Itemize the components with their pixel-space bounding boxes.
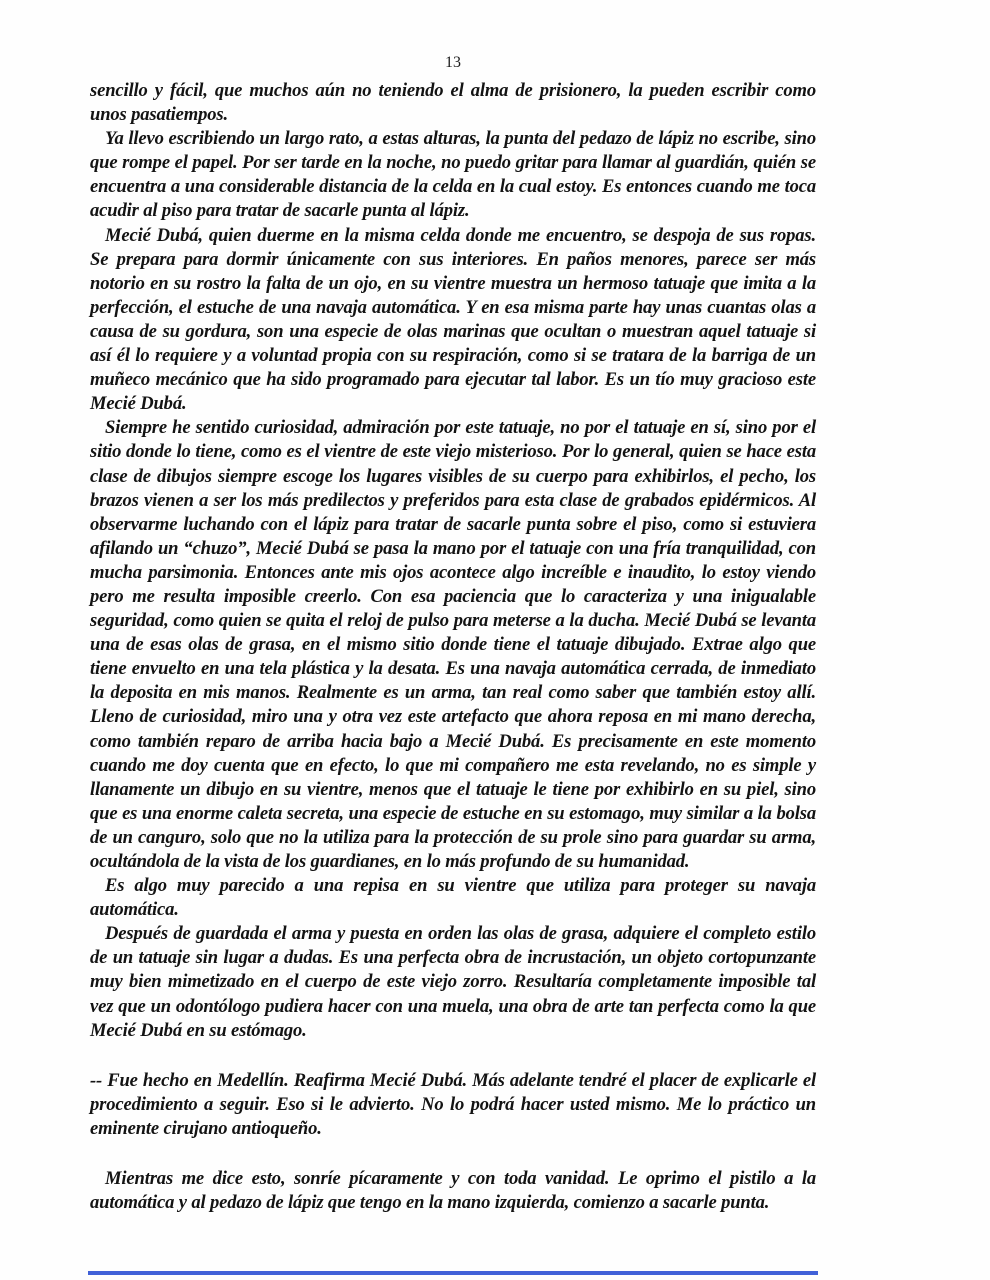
paragraph-continuation: sencillo y fácil, que muchos aún no teni… (90, 79, 816, 127)
paragraph: Siempre he sentido curiosidad, admiració… (90, 416, 816, 874)
footer-rule (88, 1271, 818, 1275)
document-page: 13 sencillo y fácil, que muchos aún no t… (0, 0, 990, 1280)
paragraph: Es algo muy parecido a una repisa en su … (90, 874, 816, 922)
paragraph: Mecié Dubá, quien duerme en la misma cel… (90, 224, 816, 417)
page-number: 13 (90, 54, 816, 72)
page-text: sencillo y fácil, que muchos aún no teni… (90, 79, 816, 1215)
paragraph: Después de guardada el arma y puesta en … (90, 922, 816, 1042)
paragraph-dialogue: -- Fue hecho en Medellín. Reafirma Mecié… (90, 1069, 816, 1141)
paragraph: Ya llevo escribiendo un largo rato, a es… (90, 127, 816, 223)
paragraph: Mientras me dice esto, sonríe pícarament… (90, 1167, 816, 1215)
